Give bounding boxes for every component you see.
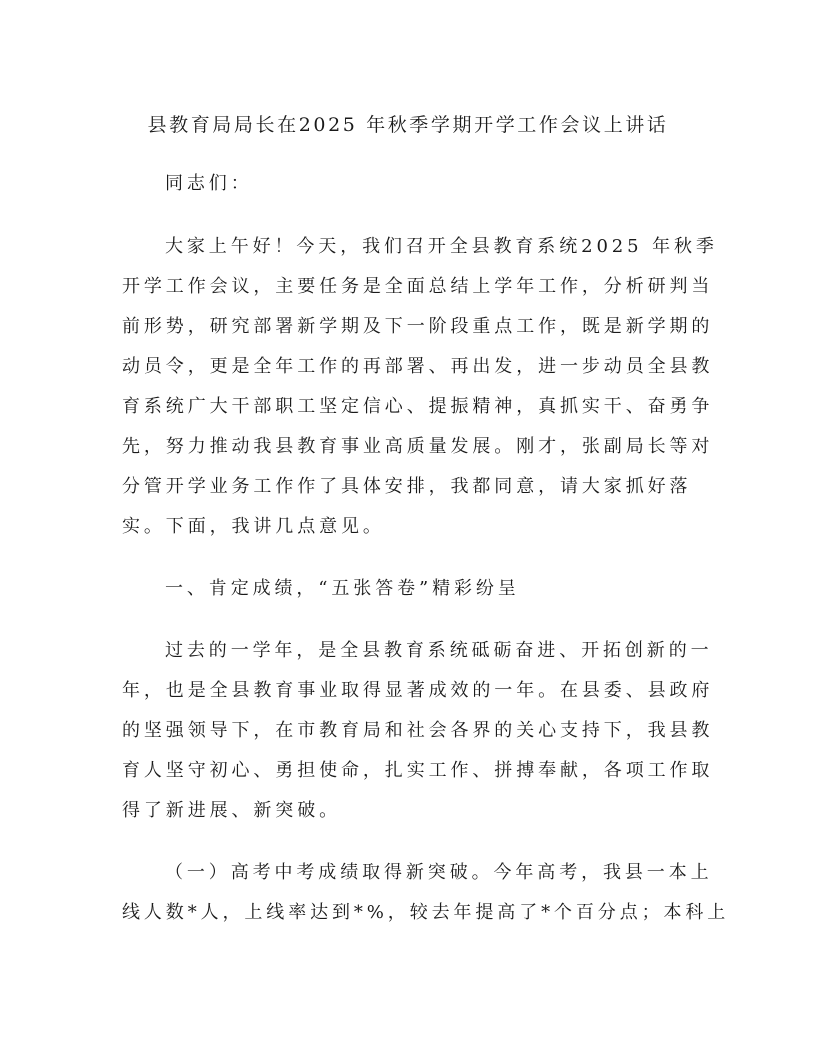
paragraph-line: 动员令，更是全年工作的再部署、再出发，进一步动员全县教 bbox=[122, 347, 696, 387]
paragraph-line: （一）高考中考成绩取得新突破。今年高考，我县一本上 bbox=[122, 853, 696, 893]
paragraph-line: 线人数*人，上线率达到*%，较去年提高了*个百分点；本科上 bbox=[122, 893, 696, 933]
salutation-text: 同志们： bbox=[122, 164, 696, 204]
paragraph-achievements: 过去的一学年，是全县教育系统砥砺奋进、开拓创新的一 年，也是全县教育事业取得显著… bbox=[122, 631, 696, 831]
document-body: 同志们： 大家上午好！今天，我们召开全县教育系统2025 年秋季 开学工作会议，… bbox=[122, 164, 696, 933]
salutation: 同志们： bbox=[122, 164, 696, 204]
paragraph-line: 前形势，研究部署新学期及下一阶段重点工作，既是新学期的 bbox=[122, 307, 696, 347]
document-title: 县教育局局长在2025 年秋季学期开学工作会议上讲话 bbox=[0, 110, 816, 140]
paragraph-line: 大家上午好！今天，我们召开全县教育系统2025 年秋季 bbox=[122, 227, 696, 267]
paragraph-line: 分管开学业务工作作了具体安排，我都同意，请大家抓好落 bbox=[122, 467, 696, 507]
paragraph-line: 得了新进展、新突破。 bbox=[122, 791, 696, 831]
paragraph-opening: 大家上午好！今天，我们召开全县教育系统2025 年秋季 开学工作会议，主要任务是… bbox=[122, 227, 696, 547]
paragraph-line: 先，努力推动我县教育事业高质量发展。刚才，张副局长等对 bbox=[122, 427, 696, 467]
section-heading-1: 一、肯定成绩，“五张答卷”精彩纷呈 bbox=[122, 569, 696, 609]
section-heading-text: 一、肯定成绩，“五张答卷”精彩纷呈 bbox=[122, 569, 696, 609]
document-page: 县教育局局长在2025 年秋季学期开学工作会议上讲话 同志们： 大家上午好！今天… bbox=[0, 0, 816, 1056]
paragraph-line: 实。下面，我讲几点意见。 bbox=[122, 507, 696, 547]
paragraph-line: 过去的一学年，是全县教育系统砥砺奋进、开拓创新的一 bbox=[122, 631, 696, 671]
paragraph-line: 开学工作会议，主要任务是全面总结上学年工作，分析研判当 bbox=[122, 267, 696, 307]
paragraph-line: 育系统广大干部职工坚定信心、提振精神，真抓实干、奋勇争 bbox=[122, 387, 696, 427]
paragraph-line: 年，也是全县教育事业取得显著成效的一年。在县委、县政府 bbox=[122, 671, 696, 711]
paragraph-line: 育人坚守初心、勇担使命，扎实工作、拼搏奉献，各项工作取 bbox=[122, 751, 696, 791]
paragraph-exam-results: （一）高考中考成绩取得新突破。今年高考，我县一本上 线人数*人，上线率达到*%，… bbox=[122, 853, 696, 933]
paragraph-line: 的坚强领导下，在市教育局和社会各界的关心支持下，我县教 bbox=[122, 711, 696, 751]
